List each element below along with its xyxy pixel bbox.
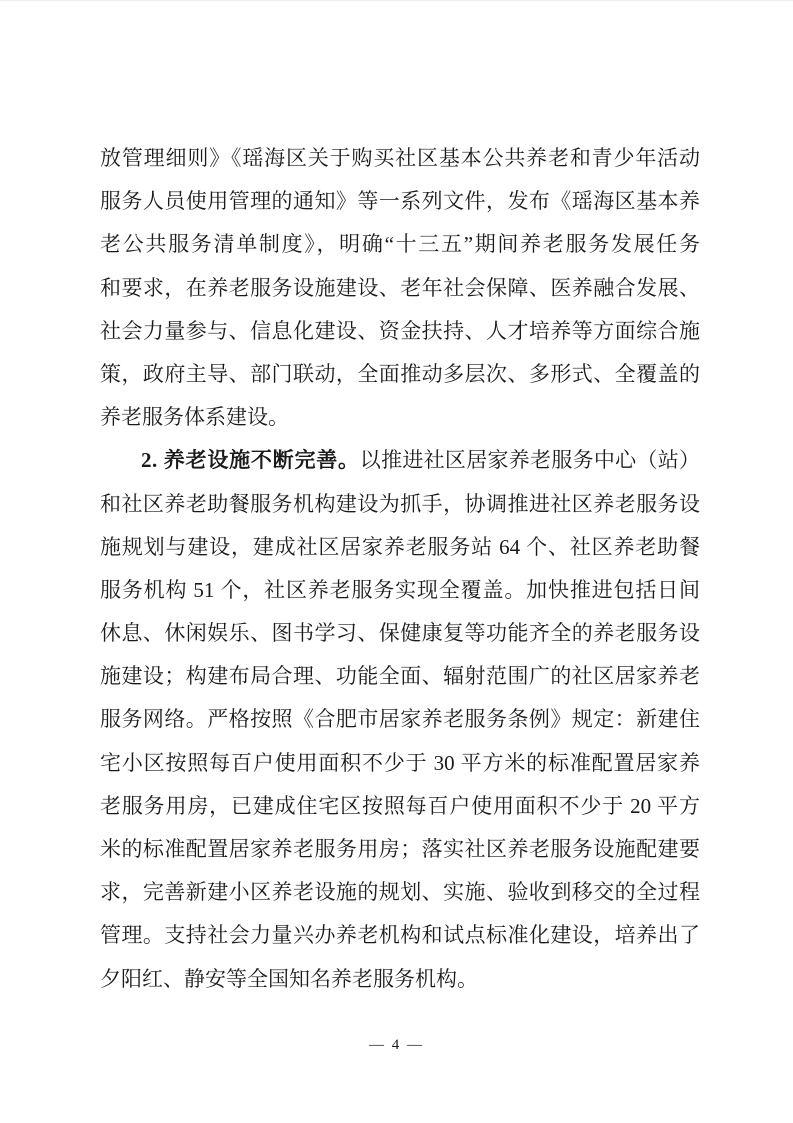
text-line: 米的标准配置居家养老服务用房；落实社区养老服务设施配建要 <box>100 828 700 871</box>
paragraph: 2. 养老设施不断完善。以推进社区居家养老服务中心（站）和社区养老助餐服务机构建… <box>100 439 700 1000</box>
paragraph: 放管理细则》《瑶海区关于购买社区基本公共养老和青少年活动服务人员使用管理的通知》… <box>100 137 700 439</box>
document-content: 放管理细则》《瑶海区关于购买社区基本公共养老和青少年活动服务人员使用管理的通知》… <box>100 137 700 1001</box>
text-line: 老服务用房，已建成住宅区按照每百户使用面积不少于 20 平方 <box>100 785 700 828</box>
text-line: 求，完善新建小区养老设施的规划、实施、验收到移交的全过程 <box>100 871 700 914</box>
text-line: 策，政府主导、部门联动，全面推动多层次、多形式、全覆盖的 <box>100 353 700 396</box>
text-line: 养老服务体系建设。 <box>100 396 700 439</box>
text-line: 休息、休闲娱乐、图书学习、保健康复等功能齐全的养老服务设 <box>100 612 700 655</box>
text-line: 服务网络。严格按照《合肥市居家养老服务条例》规定：新建住 <box>100 698 700 741</box>
text-line: 社会力量参与、信息化建设、资金扶持、人才培养等方面综合施 <box>100 310 700 353</box>
text-line: 管理。支持社会力量兴办养老机构和试点标准化建设，培养出了 <box>100 914 700 957</box>
text-line: 放管理细则》《瑶海区关于购买社区基本公共养老和青少年活动 <box>100 137 700 180</box>
text-line: 和社区养老助餐服务机构建设为抓手，协调推进社区养老服务设 <box>100 483 700 526</box>
text-line: 2. 养老设施不断完善。以推进社区居家养老服务中心（站） <box>100 439 700 482</box>
text-line: 施规划与建设，建成社区居家养老服务站 64 个、社区养老助餐 <box>100 526 700 569</box>
text-line: 施建设；构建布局合理、功能全面、辐射范围广的社区居家养老 <box>100 655 700 698</box>
text-line: 老公共服务清单制度》，明确“十三五”期间养老服务发展任务 <box>100 223 700 266</box>
page-number: — 4 — <box>0 1037 793 1054</box>
text-line: 夕阳红、静安等全国知名养老服务机构。 <box>100 958 700 1001</box>
text-line: 宅小区按照每百户使用面积不少于 30 平方米的标准配置居家养 <box>100 742 700 785</box>
text-line: 和要求，在养老服务设施建设、老年社会保障、医养融合发展、 <box>100 267 700 310</box>
document-page: 放管理细则》《瑶海区关于购买社区基本公共养老和青少年活动服务人员使用管理的通知》… <box>0 0 793 1123</box>
paragraph-lead-bold: 2. 养老设施不断完善。 <box>141 448 360 472</box>
text-line: 服务机构 51 个，社区养老服务实现全覆盖。加快推进包括日间 <box>100 569 700 612</box>
text-line: 服务人员使用管理的通知》等一系列文件，发布《瑶海区基本养 <box>100 180 700 223</box>
